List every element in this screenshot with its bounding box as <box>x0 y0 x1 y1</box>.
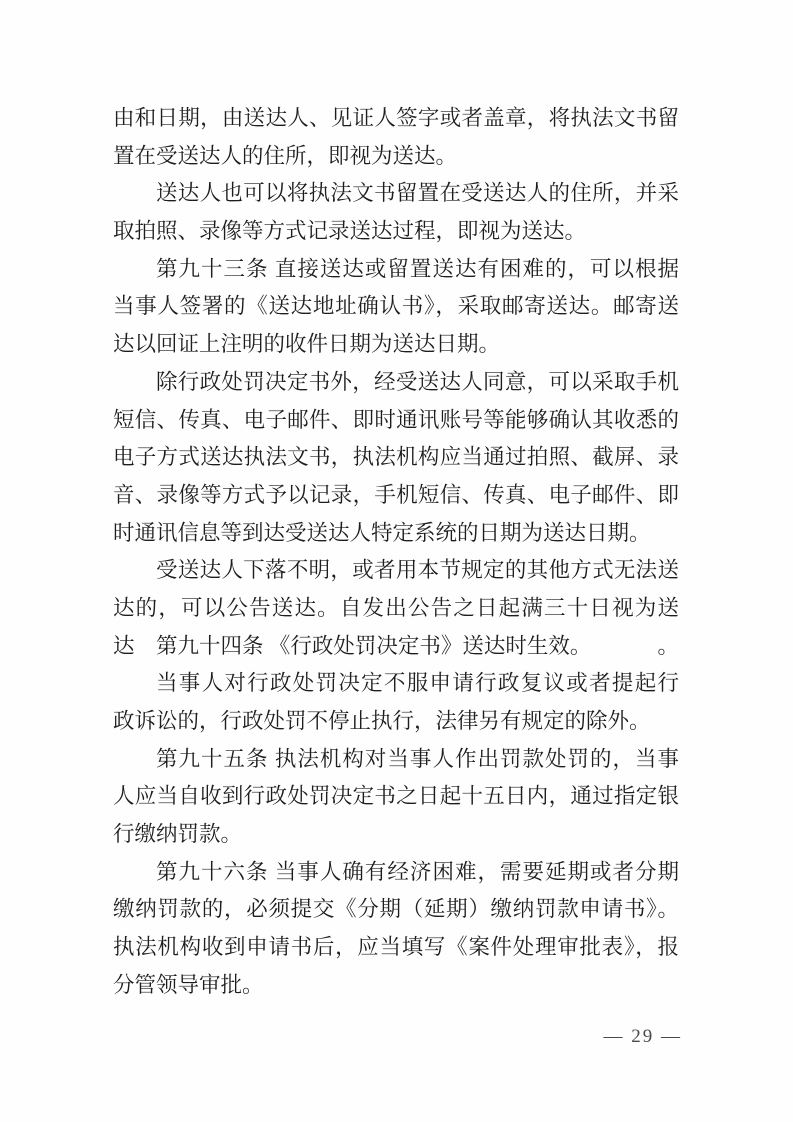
text-line: 缴纳罚款的，必须提交《分期（延期）缴纳罚款申请书》。 <box>113 891 679 929</box>
text-line: 达的，可以公告送达。自发出公告之日起满三十日视为送达。 <box>113 590 679 628</box>
text-line: 由和日期，由送达人、见证人签字或者盖章，将执法文书留 <box>113 100 679 138</box>
text-line: 送达人也可以将执法文书留置在受送达人的住所，并采 <box>113 175 679 213</box>
text-line: 受送达人下落不明，或者用本节规定的其他方式无法送 <box>113 552 679 590</box>
text-line: 达以回证上注明的收件日期为送达日期。 <box>113 326 679 364</box>
text-line: 当事人对行政处罚决定不服申请行政复议或者提起行 <box>113 665 679 703</box>
text-line: 执法机构收到申请书后，应当填写《案件处理审批表》，报 <box>113 929 679 967</box>
text-line: 分管领导审批。 <box>113 967 679 1005</box>
text-line: 当事人签署的《送达地址确认书》，采取邮寄送达。邮寄送 <box>113 288 679 326</box>
text-line: 第九十三条 直接送达或留置送达有困难的，可以根据 <box>113 251 679 289</box>
text-line: 第九十五条 执法机构对当事人作出罚款处罚的，当事 <box>113 741 679 779</box>
text-line: 除行政处罚决定书外，经受送达人同意，可以采取手机 <box>113 364 679 402</box>
text-line: 行缴纳罚款。 <box>113 816 679 854</box>
text-line: 人应当自收到行政处罚决定书之日起十五日内，通过指定银 <box>113 778 679 816</box>
page-footer: — 29 — <box>604 1024 683 1050</box>
text-line: 取拍照、录像等方式记录送达过程，即视为送达。 <box>113 213 679 251</box>
document-body: 由和日期，由送达人、见证人签字或者盖章，将执法文书留置在受送达人的住所，即视为送… <box>113 100 679 1005</box>
text-line: 短信、传真、电子邮件、即时通讯账号等能够确认其收悉的 <box>113 402 679 440</box>
text-line: 第九十六条 当事人确有经济困难，需要延期或者分期 <box>113 854 679 892</box>
text-line: 政诉讼的，行政处罚不停止执行，法律另有规定的除外。 <box>113 703 679 741</box>
text-line: 音、录像等方式予以记录，手机短信、传真、电子邮件、即 <box>113 477 679 515</box>
page-number: — 29 — <box>604 1026 683 1047</box>
text-line: 电子方式送达执法文书，执法机构应当通过拍照、截屏、录 <box>113 439 679 477</box>
text-line: 置在受送达人的住所，即视为送达。 <box>113 138 679 176</box>
document-page: 由和日期，由送达人、见证人签字或者盖章，将执法文书留置在受送达人的住所，即视为送… <box>0 0 793 1122</box>
text-line: 时通讯信息等到达受送达人特定系统的日期为送达日期。 <box>113 515 679 553</box>
